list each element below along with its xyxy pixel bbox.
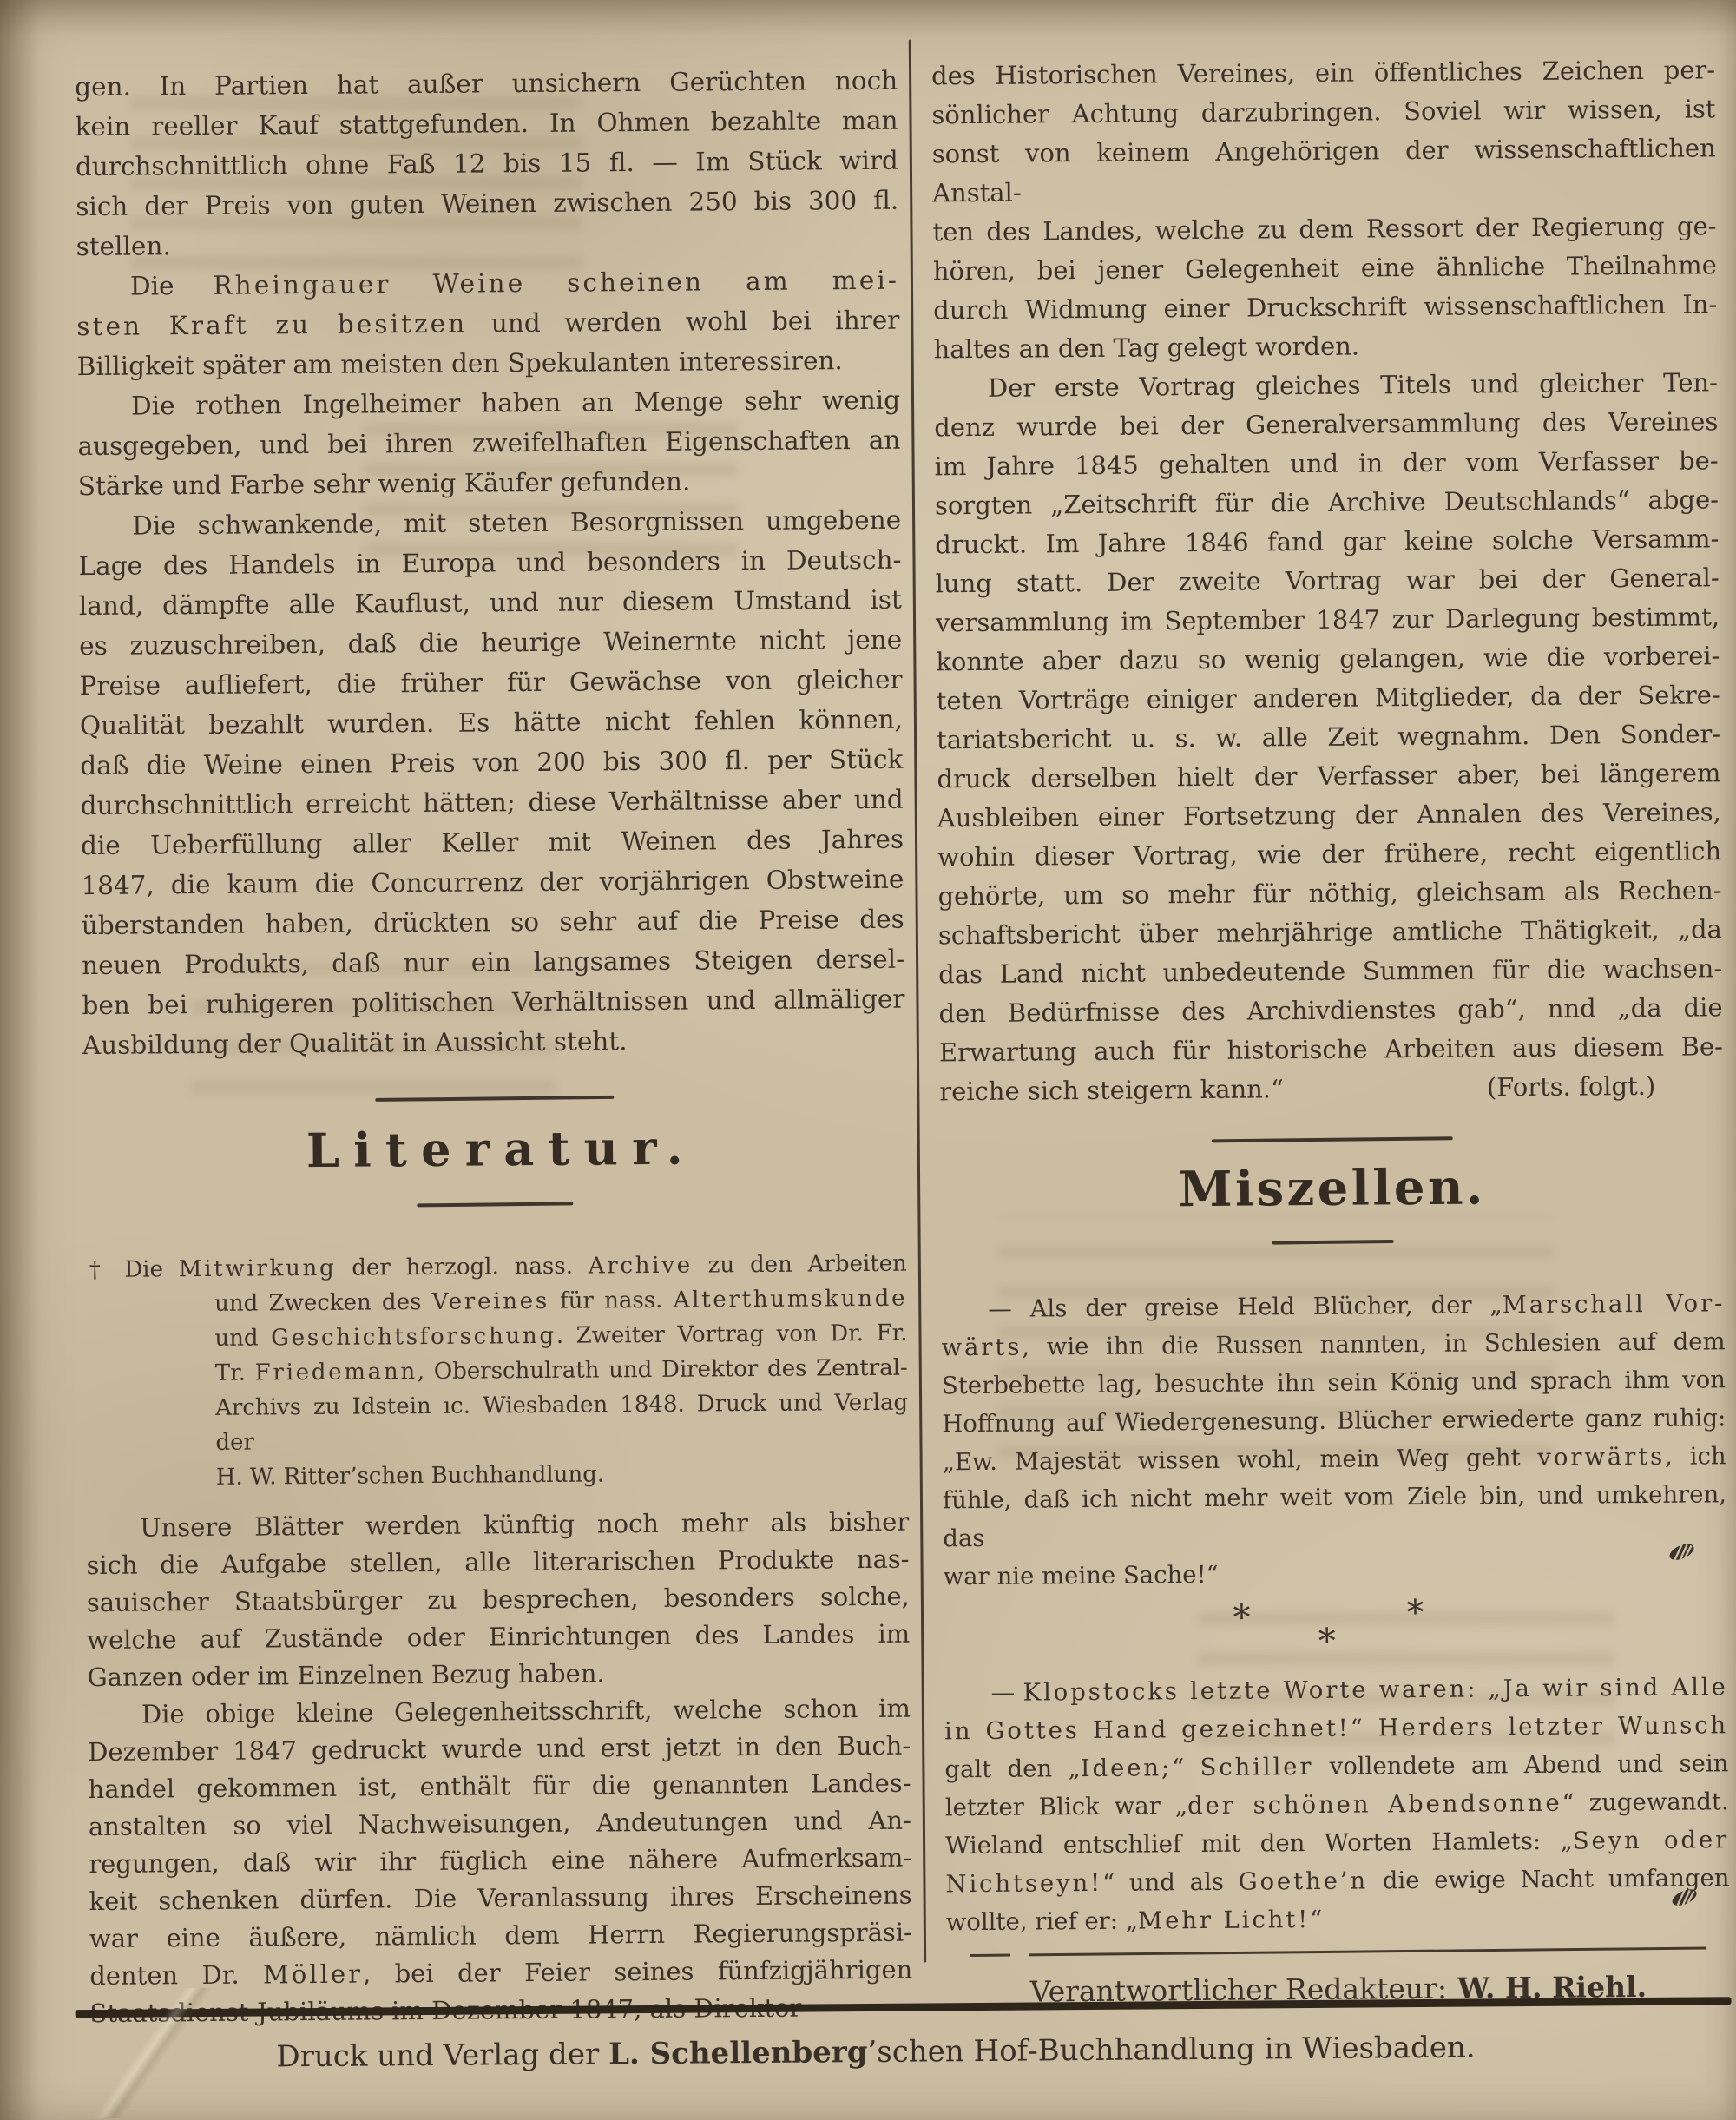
- text-segment: (Forts. folgt.): [1487, 1067, 1656, 1108]
- text-line: Dezember 1847 gedruckt wurde und erst je…: [88, 1728, 911, 1771]
- letterspaced-text: Nichtseyn!: [945, 1869, 1102, 1898]
- text-segment: letzter Blick war „: [945, 1792, 1188, 1821]
- text-line: kein reeller Kauf stattgefunden. In Ohme…: [75, 101, 898, 147]
- section-divider-rule: [1211, 1136, 1452, 1142]
- section-divider-rule: [375, 1096, 614, 1102]
- text-line: schaftsbericht über mehrjährige amtliche…: [938, 910, 1722, 955]
- text-segment: † Die: [89, 1256, 179, 1283]
- text-line: hören, bei jener Gelegenheit eine ähnlic…: [933, 246, 1717, 291]
- text-segment: , bei der Feier seines fünfzigjährigen: [363, 1955, 912, 1989]
- text-segment: , wie ihn die Russen nannten, in Schlesi…: [1022, 1327, 1726, 1360]
- right-column: des Historischen Vereines, ein öffentlic…: [931, 50, 1731, 2010]
- text-line: sich die Aufgabe stellen, alle literaris…: [86, 1541, 909, 1584]
- end-ornament-icon: [1662, 1537, 1700, 1564]
- letterspaced-text: Friedemann: [255, 1359, 418, 1386]
- text-line: den Bedürfnisse des Archivdienstes gab“,…: [938, 988, 1722, 1033]
- text-line: Lage des Handels in Europa und besonders…: [78, 540, 901, 586]
- text-line: regungen, daß wir ihr füglich eine näher…: [89, 1840, 911, 1883]
- text-line: — Klopstocks letzte Worte waren: „Ja wir…: [944, 1668, 1728, 1712]
- text-line: überstanden haben, drückten so sehr auf …: [82, 899, 904, 945]
- text-line: fühle, daß ich nicht mehr weit vom Ziele…: [943, 1475, 1727, 1557]
- text-segment: reiche sich steigern kann.“: [939, 1070, 1284, 1111]
- text-line: Hoffnung auf Wiedergenesung. Blücher erw…: [942, 1399, 1726, 1443]
- paper-crease: [26, 1988, 269, 2118]
- text-line: keit schenken dürfen. Die Veranlassung i…: [89, 1877, 911, 1920]
- text-line: druckt. Im Jahre 1846 fand gar keine sol…: [935, 519, 1719, 564]
- letterspaced-text: sten Kraft zu besitzen: [76, 309, 467, 342]
- literatur-heading: Literatur.: [83, 1118, 906, 1180]
- text-line: 1847, die kaum die Concurrenz der vorjäh…: [81, 859, 904, 905]
- text-line: durchschnittlich ohne Faß 12 bis 15 fl. …: [76, 141, 898, 187]
- text-line: im Jahre 1845 gehalten und in der vom Ve…: [934, 441, 1718, 486]
- text-segment: —: [991, 1679, 1023, 1707]
- letterspaced-text: der schönen Abendsonne: [1187, 1789, 1562, 1820]
- heading-underline-rule: [1272, 1240, 1393, 1245]
- text-line: lung statt. Der zweite Vortrag war bei d…: [936, 558, 1720, 603]
- text-line: gehörte, um so mehr für nöthig, gleichsa…: [937, 871, 1721, 916]
- verein-paragraph-continuation: des Historischen Vereines, ein öffentlic…: [931, 50, 1718, 369]
- end-ornament-icon: [1665, 1883, 1703, 1909]
- asterisk: *: [1233, 1601, 1250, 1636]
- text-line: stellen.: [76, 221, 898, 267]
- text-line: daß die Weine einen Preis von 200 bis 30…: [80, 740, 903, 786]
- text-segment: zu den Arbeiten: [693, 1251, 907, 1279]
- text-line: anstalten so viel Nachweisungen, Andeutu…: [89, 1802, 911, 1846]
- text-line: sönlicher Achtung darzubringen. Soviel w…: [931, 89, 1715, 135]
- literatur-paragraph-gelegenheitsschrift: Die obige kleine Gelegenheitsschrift, we…: [88, 1690, 913, 2032]
- letterspaced-text: Ideen;: [1081, 1754, 1173, 1782]
- text-line: das Land nicht unbedeutende Summen für d…: [938, 949, 1722, 994]
- text-line: Stärke und Farbe sehr wenig Käufer gefun…: [78, 460, 901, 506]
- miszelle-bluecher: — Als der greise Held Blücher, der „Mars…: [941, 1284, 1727, 1596]
- text-line: des Historischen Vereines, ein öffentlic…: [931, 50, 1715, 95]
- text-line: sorgten „Zeitschrift für die Archive Deu…: [935, 480, 1719, 525]
- text-line: haltes an den Tag gelegt worden.: [933, 324, 1717, 369]
- text-segment: Die: [130, 271, 214, 301]
- text-line: Nichtseyn!“ und als Goethe’n die ewige N…: [945, 1859, 1729, 1903]
- text-line: durch Widmung einer Druckschrift wissens…: [933, 285, 1717, 330]
- text-line: sten Kraft zu besitzen und werden wohl b…: [76, 300, 899, 346]
- text-line: Billigkeit später am meisten den Spekula…: [77, 340, 900, 386]
- wine-paragraph-handel: Die schwankende, mit steten Besorgnissen…: [78, 500, 905, 1065]
- text-line: war eine äußere, nämlich dem Herrn Regie…: [89, 1914, 912, 1958]
- text-line: tariatsbericht u. s. w. alle Zeit wegnah…: [937, 714, 1720, 760]
- column-divider-rule: [909, 40, 926, 1963]
- text-line: Die Rheingauer Weine scheinen am mei-: [76, 260, 899, 306]
- text-line: sich der Preis von guten Weinen zwischen…: [76, 181, 898, 227]
- miszellen-heading: Miszellen.: [940, 1157, 1724, 1219]
- text-line: neuen Produkts, daß nur ein langsames St…: [82, 939, 904, 985]
- text-line: — Als der greise Held Blücher, der „Mars…: [941, 1284, 1725, 1328]
- left-column: gen. In Partien hat außer unsichern Gerü…: [75, 61, 913, 2032]
- text-line: Qualität bezahlt wurden. Es hätte nicht …: [80, 700, 903, 746]
- text-segment: — Als der greise Held Blücher, der „: [988, 1291, 1503, 1323]
- heading-underline-rule: [417, 1202, 573, 1207]
- text-segment: Wieland entschlief mit den Worten Hamlet…: [945, 1827, 1573, 1860]
- text-line: denz wurde bei der Generalversammlung de…: [934, 402, 1718, 447]
- text-line: reiche sich steigern kann.“(Forts. folgt…: [939, 1066, 1723, 1111]
- imprint-suffix: ’schen Hof‐Buchhandlung in Wiesbaden.: [867, 2031, 1475, 2070]
- imprint-prefix: Druck und Verlag der: [276, 2037, 608, 2074]
- scanned-newspaper-page: gen. In Partien hat außer unsichern Gerü…: [0, 0, 1736, 2120]
- text-segment: . Zweiter Vortrag von Dr. Fr.: [556, 1320, 908, 1349]
- miszellen-section: — Als der greise Held Blücher, der „Mars…: [941, 1284, 1730, 2010]
- text-segment: wollte, rief er: „: [946, 1907, 1139, 1937]
- text-line: teten Vorträge einiger anderen Mitgliede…: [937, 675, 1720, 721]
- letterspaced-text: Seyn oder: [1573, 1826, 1730, 1854]
- letterspaced-text: Möller: [263, 1959, 363, 1990]
- letterspaced-text: Mehr Licht!: [1138, 1906, 1310, 1935]
- text-line: letzter Blick war „der schönen Abendsonn…: [945, 1782, 1729, 1827]
- text-line: H. W. Ritter’schen Buchhandlung.: [86, 1455, 909, 1496]
- text-line: war nie meine Sache!“: [944, 1551, 1727, 1596]
- imprint-publisher: L. Schellenberg: [608, 2035, 868, 2071]
- wine-paragraph-ingelheimer: Die rothen Ingelheimer haben an Menge se…: [77, 380, 901, 506]
- asterisk: *: [1318, 1624, 1336, 1659]
- literatur-paragraph-blaetter: Unsere Blätter werden künftig noch mehr …: [86, 1504, 911, 1696]
- text-segment: galt den „: [944, 1755, 1081, 1783]
- wine-paragraph-continuation: gen. In Partien hat außer unsichern Gerü…: [75, 61, 899, 267]
- text-line: wollte, rief er: „Mehr Licht!“: [946, 1897, 1730, 1941]
- letterspaced-text: in Gottes Hand gezeichnet!“: [944, 1714, 1378, 1745]
- page-content: gen. In Partien hat außer unsichern Gerü…: [0, 0, 1736, 2120]
- verein-paragraph-vortrag: Der erste Vortrag gleiches Titels und gl…: [934, 363, 1724, 1111]
- text-line: galt den „Ideen;“ Schiller vollendete am…: [944, 1744, 1728, 1788]
- book-reference-entry: † Die Mitwirkung der herzogl. nass. Arch…: [84, 1247, 909, 1496]
- text-line: Ganzen oder im Einzelnen Bezug haben.: [87, 1653, 910, 1696]
- asterisk: *: [1406, 1596, 1424, 1630]
- text-line: Unsere Blätter werden künftig noch mehr …: [86, 1504, 909, 1547]
- text-line: Wieland entschlief mit den Worten Hamlet…: [945, 1820, 1729, 1865]
- text-segment: und Zwecken des: [214, 1289, 432, 1317]
- text-line: ausgegeben, und bei ihren zweifelhaften …: [77, 420, 900, 466]
- text-line: Archivs zu Idstein ıc. Wiesbaden 1848. D…: [85, 1386, 909, 1461]
- text-line: Erwartung auch für historische Arbeiten …: [939, 1027, 1723, 1072]
- text-line: in Gottes Hand gezeichnet!“ Herders letz…: [944, 1706, 1728, 1750]
- text-segment: , ich: [1665, 1442, 1726, 1471]
- text-line: Ausbleiben einer Fortsetzung der Annalen…: [937, 793, 1721, 838]
- text-segment: vollendete am Abend und sein: [1313, 1749, 1728, 1781]
- text-segment: und werden wohl bei ihrer: [467, 306, 899, 339]
- letterspaced-text: Rheingauer Weine scheinen am mei-: [213, 266, 899, 300]
- text-line: sauischer Staatsbürger zu besprechen, be…: [87, 1578, 910, 1622]
- text-segment: und: [214, 1325, 271, 1352]
- text-line: handel gekommen ist, enthält für die gen…: [88, 1765, 911, 1808]
- text-segment: “ und als: [1102, 1868, 1239, 1897]
- asterisk-separator: * * *: [944, 1595, 1728, 1663]
- wine-paragraph-rheingauer: Die Rheingauer Weine scheinen am mei-ste…: [76, 260, 900, 386]
- text-line: wärts, wie ihn die Russen nannten, in Sc…: [941, 1322, 1725, 1366]
- miszelle-letzte-worte: — Klopstocks letzte Worte waren: „Ja wir…: [944, 1668, 1730, 1941]
- letterspaced-text: Geschichtsforschung: [271, 1323, 556, 1352]
- text-line: durchschnittlich erreicht hätten; diese …: [80, 780, 903, 826]
- text-line: es zuzuschreiben, daß die heurige Weiner…: [79, 620, 902, 666]
- letterspaced-text: Vereines: [432, 1288, 549, 1315]
- text-line: Die schwankende, mit steten Besorgnissen…: [78, 500, 901, 546]
- text-line: wohin dieser Vortrag, wie der frühere, r…: [937, 832, 1721, 877]
- text-segment: für nass.: [549, 1287, 674, 1314]
- text-segment: Tr.: [215, 1360, 255, 1386]
- text-line: land, dämpfte alle Kauflust, und nur die…: [79, 580, 902, 626]
- literatur-section: † Die Mitwirkung der herzogl. nass. Arch…: [84, 1247, 913, 2032]
- text-line: Die rothen Ingelheimer haben an Menge se…: [77, 380, 900, 426]
- text-line: welche auf Zustände oder Einrichtungen d…: [87, 1616, 910, 1659]
- letterspaced-text: vorwärts: [1537, 1443, 1665, 1471]
- letterspaced-text: Schiller: [1200, 1753, 1313, 1781]
- text-segment: der herzogl. nass.: [336, 1254, 589, 1281]
- text-line: Sterbebette lag, besuchte ihn sein König…: [942, 1360, 1726, 1405]
- text-segment: denten Dr.: [89, 1960, 263, 1992]
- editor-divider-rule: [970, 1947, 1706, 1957]
- letterspaced-text: Goethe’n: [1239, 1867, 1369, 1896]
- text-segment: “: [1310, 1906, 1322, 1933]
- text-line: sonst von keinem Angehörigen der wissens…: [932, 128, 1717, 213]
- text-line: die Ueberfüllung aller Keller mit Weinen…: [81, 820, 904, 866]
- text-line: druck derselben hielt der Verfasser aber…: [937, 754, 1720, 799]
- text-line: Ausbildung der Qualität in Aussicht steh…: [82, 1019, 905, 1065]
- text-line: „Ew. Majestät wissen wohl, mein Weg geht…: [942, 1437, 1726, 1481]
- text-segment: “: [1172, 1754, 1200, 1781]
- text-line: versammlung im September 1847 zur Darleg…: [936, 597, 1720, 642]
- letterspaced-text: Marschall Vor-: [1503, 1289, 1726, 1319]
- text-line: konnte aber dazu so wenig gelangen, wie …: [936, 636, 1720, 681]
- letterspaced-text: wärts: [941, 1333, 1022, 1362]
- text-segment: “ zugewandt.: [1562, 1788, 1728, 1817]
- text-line: ten des Landes, welche zu dem Ressort de…: [932, 207, 1716, 252]
- letterspaced-text: Klopstocks letzte Worte waren: „Ja wir s…: [1023, 1673, 1727, 1706]
- text-segment: „Ew. Majestät wissen wohl, mein Weg geht: [943, 1444, 1538, 1476]
- letterspaced-text: Alterthumskunde: [674, 1286, 908, 1313]
- letterspaced-text: Archive: [589, 1253, 693, 1280]
- text-line: gen. In Partien hat außer unsichern Gerü…: [75, 61, 898, 107]
- text-line: Die obige kleine Gelegenheitsschrift, we…: [88, 1690, 911, 1734]
- text-line: Der erste Vortrag gleiches Titels und gl…: [934, 363, 1718, 408]
- letterspaced-text: Herders letzter Wunsch: [1378, 1711, 1729, 1741]
- text-line: ben bei ruhigeren politischen Verhältnis…: [82, 979, 904, 1025]
- letterspaced-text: Mitwirkung: [179, 1255, 337, 1282]
- text-line: Preise aufliefert, die früher für Gewäch…: [79, 660, 902, 706]
- text-segment: , Oberschulrath und Direktor des Zentral…: [418, 1355, 908, 1385]
